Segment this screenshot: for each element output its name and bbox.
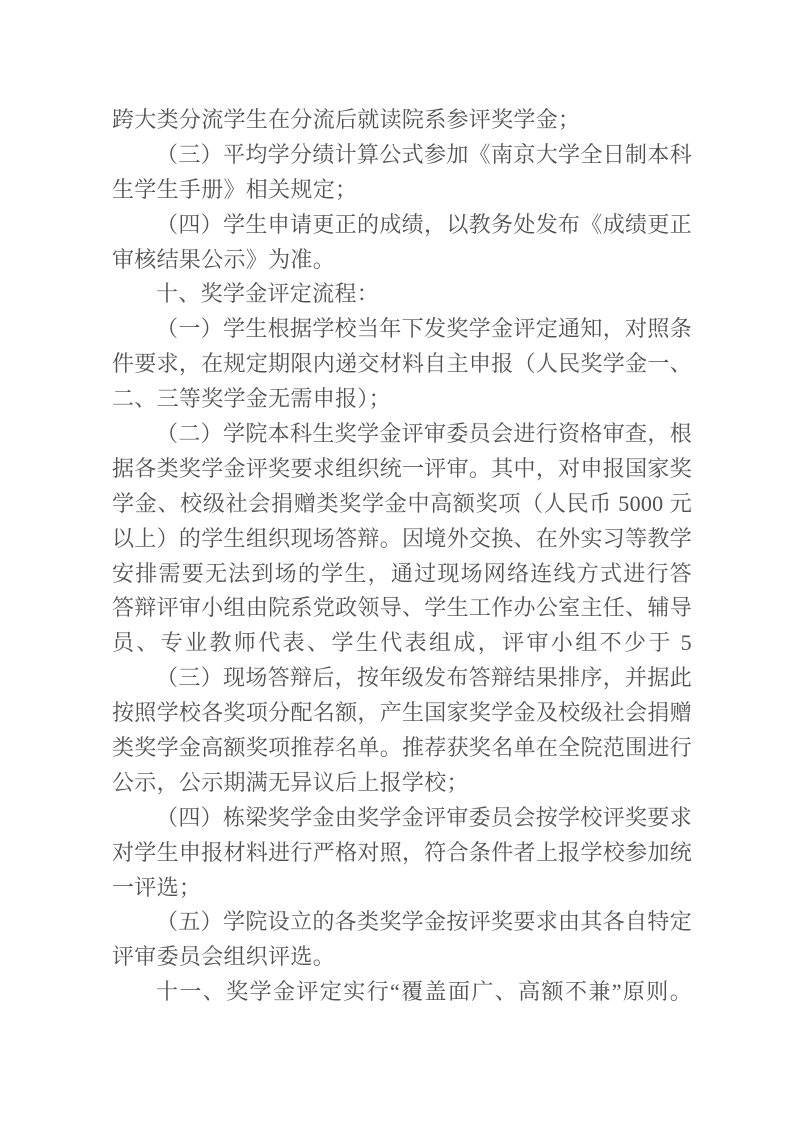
document-line: 学金、校级社会捐赠类奖学金中高额奖项（人民币 5000 元 (112, 487, 692, 522)
document-line: 类奖学金高额奖项推荐名单。推荐获奖名单在全院范围进行 (112, 731, 692, 766)
document-text-block: 跨大类分流学生在分流后就读院系参评奖学金；（三）平均学分绩计算公式参加《南京大学… (112, 103, 692, 1010)
document-line: 十、奖学金评定流程： (112, 277, 692, 312)
document-line: （三）平均学分绩计算公式参加《南京大学全日制本科 (112, 138, 692, 173)
document-line: 按照学校各奖项分配名额，产生国家奖学金及校级社会捐赠 (112, 696, 692, 731)
document-line: 员、专业教师代表、学生代表组成，评审小组不少于 5 人。 (112, 626, 692, 661)
document-line: 件要求，在规定期限内递交材料自主申报（人民奖学金一、 (112, 347, 692, 382)
document-line: 生学生手册》相关规定； (112, 173, 692, 208)
document-line: （二）学院本科生奖学金评审委员会进行资格审查，根 (112, 417, 692, 452)
document-line: 跨大类分流学生在分流后就读院系参评奖学金； (112, 103, 692, 138)
document-line: （一）学生根据学校当年下发奖学金评定通知，对照条 (112, 312, 692, 347)
document-line: （四）栋梁奖学金由奖学金评审委员会按学校评奖要求 (112, 801, 692, 836)
document-line: 一评选； (112, 871, 692, 906)
document-line: （四）学生申请更正的成绩，以教务处发布《成绩更正 (112, 208, 692, 243)
document-page: 跨大类分流学生在分流后就读院系参评奖学金；（三）平均学分绩计算公式参加《南京大学… (0, 0, 799, 1131)
document-line: 审核结果公示》为准。 (112, 243, 692, 278)
document-line: 二、三等奖学金无需申报）； (112, 382, 692, 417)
document-line: 评审委员会组织评选。 (112, 940, 692, 975)
document-line: 对学生申报材料进行严格对照，符合条件者上报学校参加统 (112, 836, 692, 871)
document-line: （三）现场答辩后，按年级发布答辩结果排序，并据此 (112, 661, 692, 696)
document-line: 答辩评审小组由院系党政领导、学生工作办公室主任、辅导 (112, 591, 692, 626)
document-line: 以上）的学生组织现场答辩。因境外交换、在外实习等教学 (112, 522, 692, 557)
document-line: 安排需要无法到场的学生，通过现场网络连线方式进行答辩。 (112, 557, 692, 592)
document-line: 十一、奖学金评定实行“覆盖面广、高额不兼”原则。 (112, 975, 692, 1010)
document-line: 据各类奖学金评奖要求组织统一评审。其中，对申报国家奖 (112, 452, 692, 487)
document-line: 公示，公示期满无异议后上报学校； (112, 766, 692, 801)
document-line: （五）学院设立的各类奖学金按评奖要求由其各自特定 (112, 905, 692, 940)
